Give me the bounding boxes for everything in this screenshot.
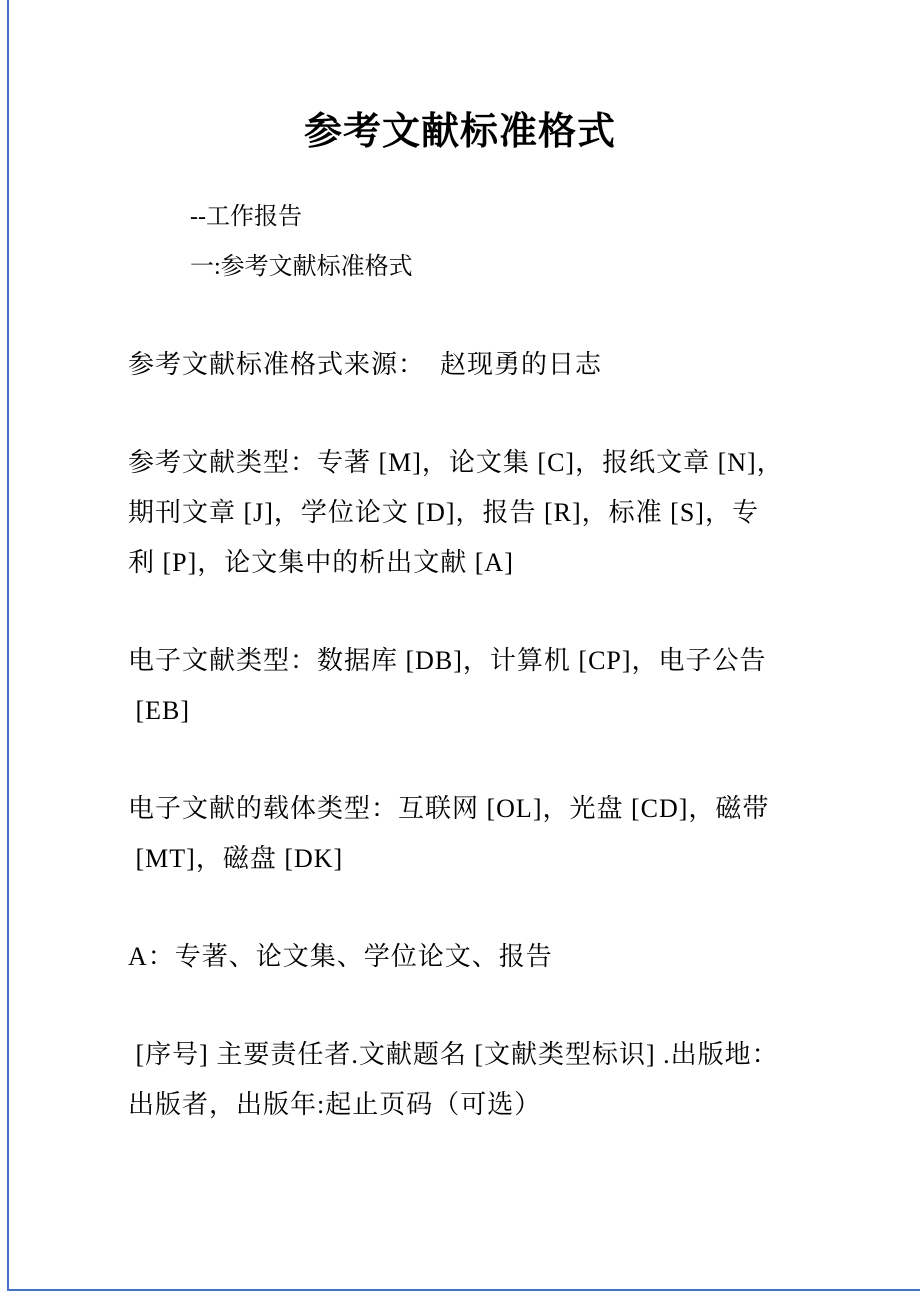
paragraph: 参考文献类型：专著 [M]，论文集 [C]，报纸文章 [N]，期刊文章 [J]，… <box>128 438 860 588</box>
paragraph-line: 参考文献标准格式来源： 赵现勇的日志 <box>128 340 860 390</box>
paragraph-line: 电子文献的载体类型：互联网 [OL]，光盘 [CD]，磁带 <box>128 784 860 834</box>
page-border-left <box>7 0 9 1291</box>
paragraph-line: [序号] 主要责任者.文献题名 [文献类型标识] .出版地： <box>128 1030 860 1080</box>
paragraph-line: [EB] <box>128 686 860 736</box>
paragraph: A：专著、论文集、学位论文、报告 <box>128 932 860 982</box>
paragraph: 电子文献类型：数据库 [DB]，计算机 [CP]，电子公告 [EB] <box>128 636 860 736</box>
paragraph-line: 参考文献类型：专著 [M]，论文集 [C]，报纸文章 [N]， <box>128 438 860 488</box>
paragraph-line: 电子文献类型：数据库 [DB]，计算机 [CP]，电子公告 <box>128 636 860 686</box>
paragraph-line: A：专著、论文集、学位论文、报告 <box>128 932 860 982</box>
paragraph: 参考文献标准格式来源： 赵现勇的日志 <box>128 340 860 390</box>
paragraph-line: 期刊文章 [J]，学位论文 [D]，报告 [R]，标准 [S]，专 <box>128 488 860 538</box>
document-page: 参考文献标准格式 --工作报告一:参考文献标准格式 参考文献标准格式来源： 赵现… <box>0 0 920 1302</box>
paragraph-line: [MT]，磁盘 [DK] <box>128 834 860 884</box>
paragraph-line: 出版者，出版年:起止页码（可选） <box>128 1080 860 1130</box>
paragraph: [序号] 主要责任者.文献题名 [文献类型标识] .出版地：出版者，出版年:起止… <box>128 1030 860 1130</box>
intro-line: 一:参考文献标准格式 <box>190 242 860 292</box>
paragraph: 电子文献的载体类型：互联网 [OL]，光盘 [CD]，磁带 [MT]，磁盘 [D… <box>128 784 860 884</box>
paragraphs-container: 参考文献标准格式来源： 赵现勇的日志参考文献类型：专著 [M]，论文集 [C]，… <box>0 340 920 1130</box>
intro-line: --工作报告 <box>190 192 860 242</box>
intro-block: --工作报告一:参考文献标准格式 <box>190 192 860 292</box>
paragraph-line: 利 [P]，论文集中的析出文献 [A] <box>128 538 860 588</box>
page-border-bottom <box>7 1289 920 1291</box>
doc-title: 参考文献标准格式 <box>0 0 920 156</box>
